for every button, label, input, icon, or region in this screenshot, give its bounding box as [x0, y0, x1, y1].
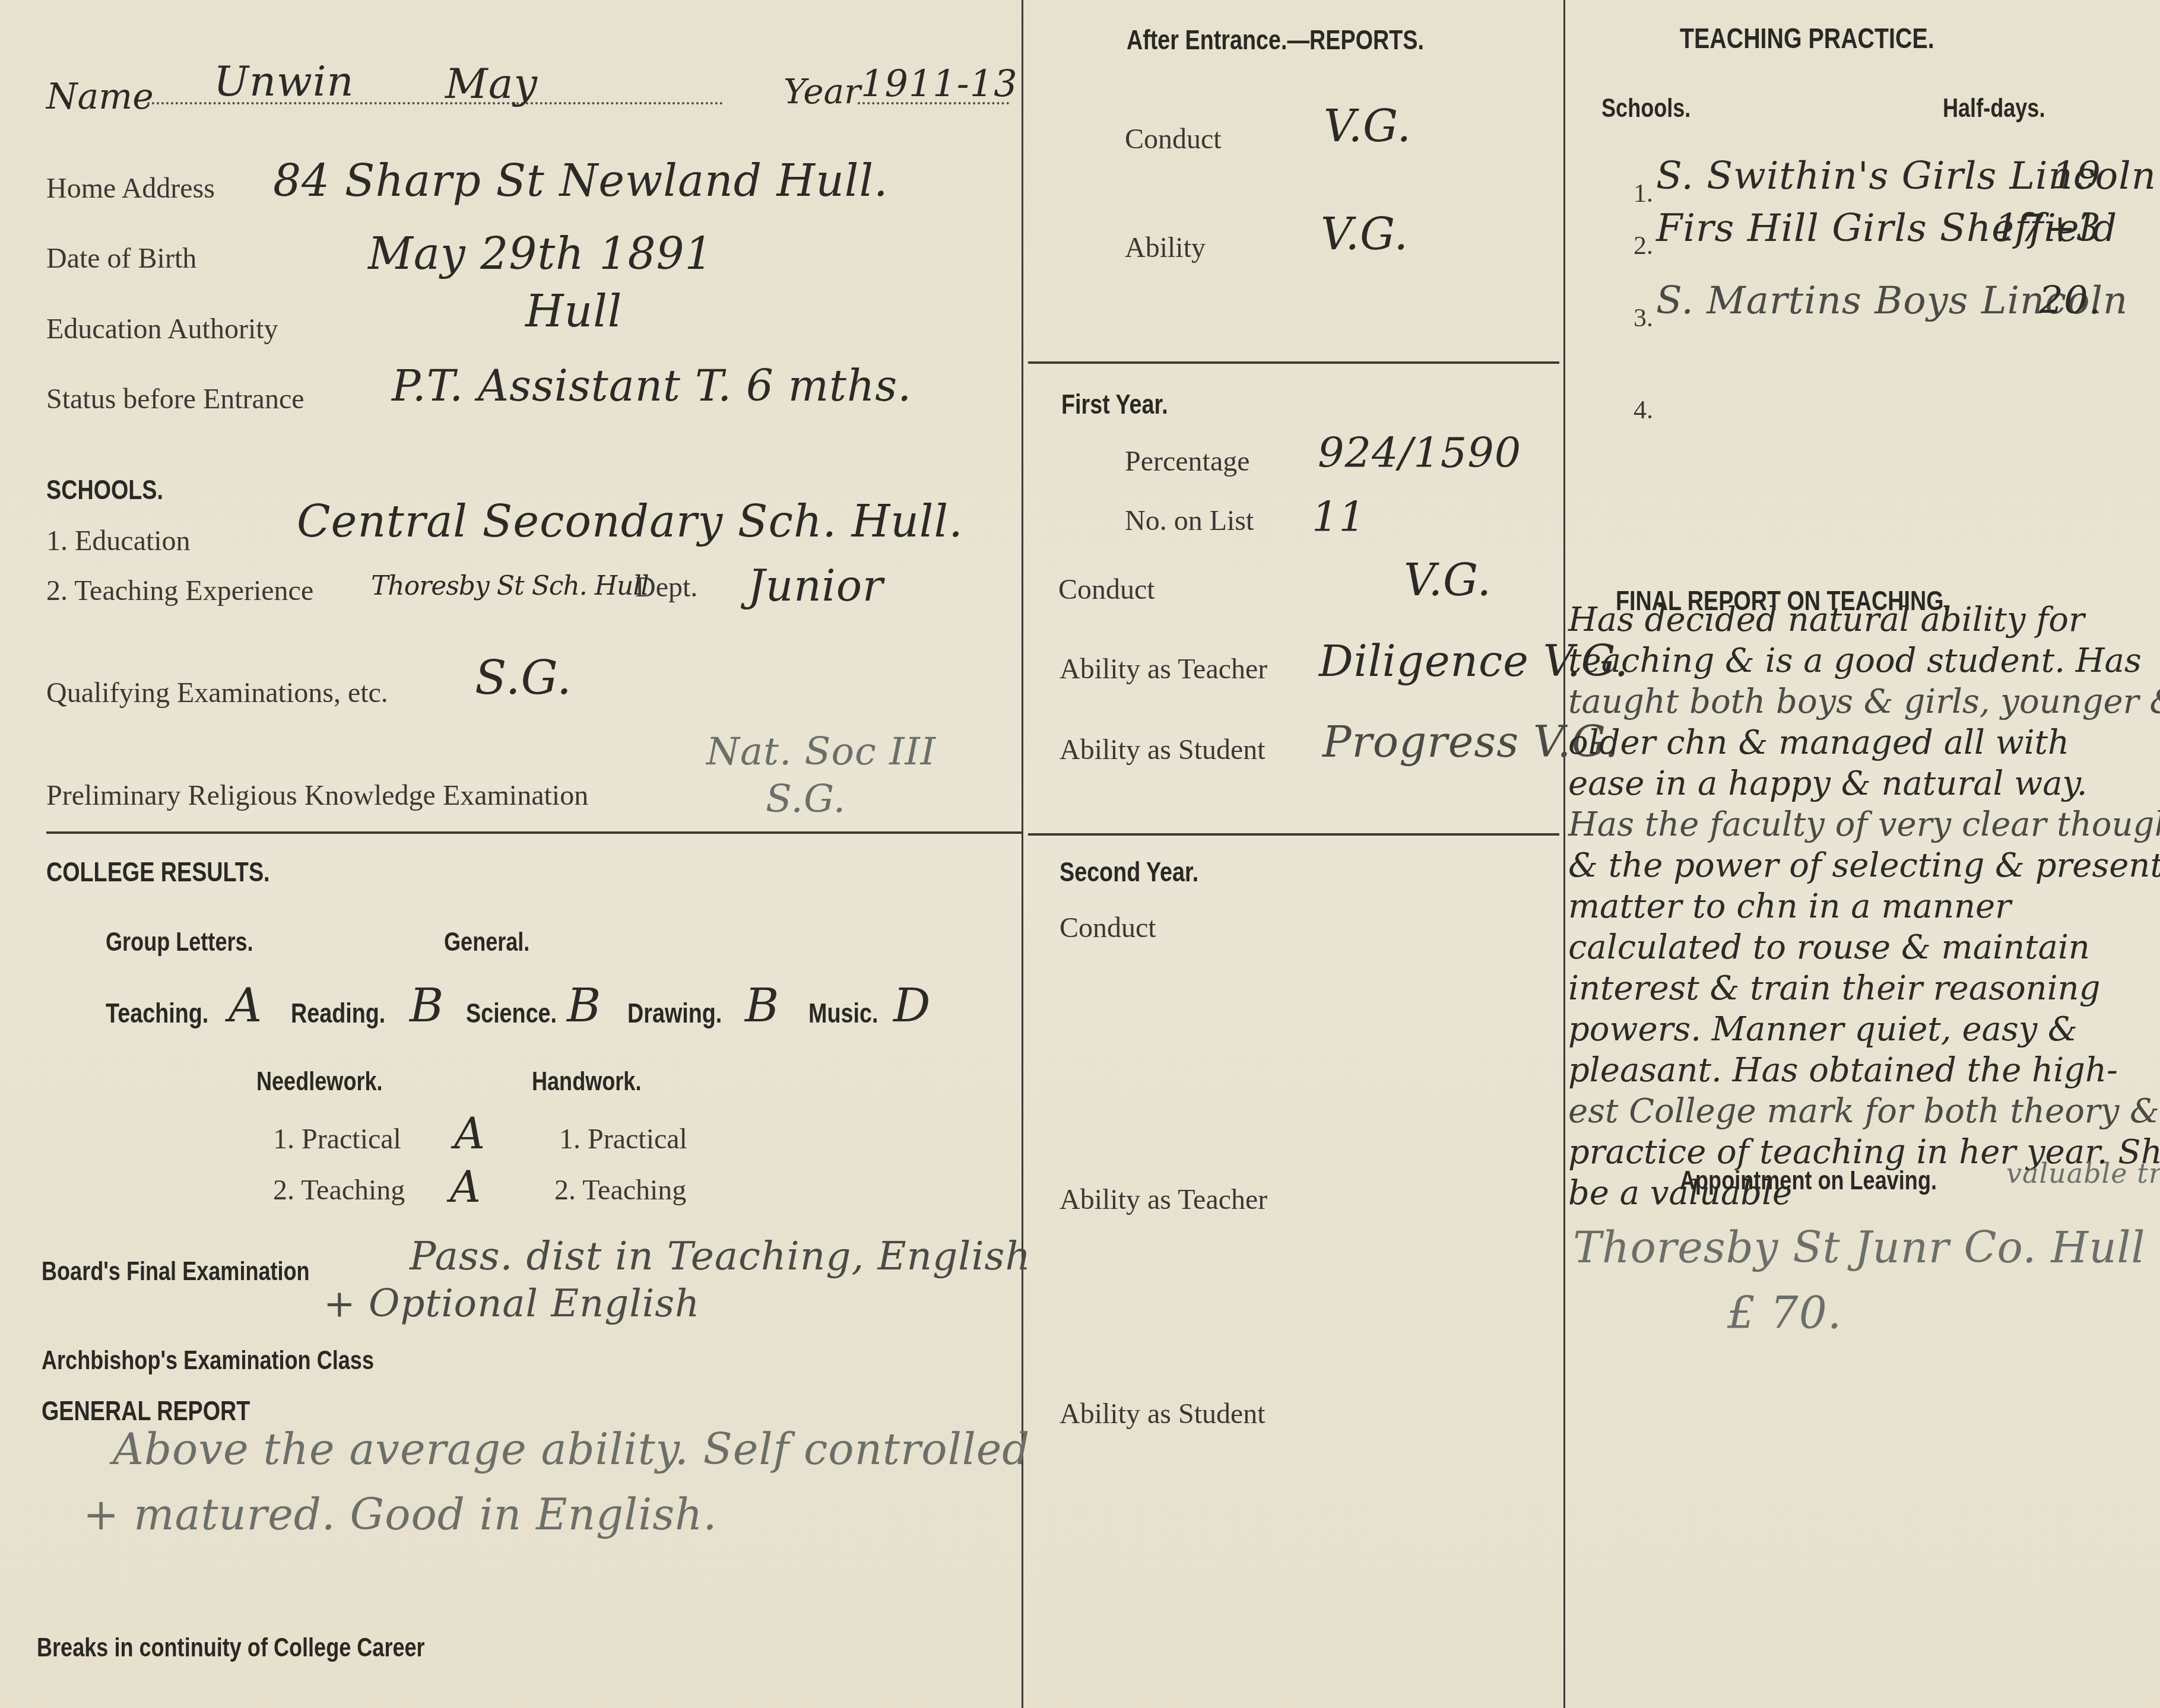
final-report-line: taught both boys & girls, younger & [1568, 681, 2160, 722]
percentage-value: 924/1590 [1318, 428, 1521, 477]
sy-student-label: Ability as Student [1060, 1398, 1265, 1430]
final-report-line: matter to chn in a manner [1568, 886, 2160, 927]
grade-value: B [410, 979, 444, 1033]
salary-value: £ 70. [1727, 1288, 1842, 1339]
qualifying-value: S.G. [475, 652, 572, 705]
final-report-text: Has decided natural ability forteaching … [1568, 599, 2160, 1214]
fy-student-label: Ability as Student [1060, 734, 1265, 766]
final-report-line: calculated to rouse & maintain [1568, 927, 2160, 968]
needlework-practical-label: 1. Practical [273, 1123, 401, 1155]
dob-value: May 29th 1891 [368, 228, 713, 280]
needlework-teaching-value: A [450, 1162, 481, 1212]
general-report-line-2: + matured. Good in English. [83, 1490, 717, 1539]
breaks-label: Breaks in continuity of College Career [37, 1633, 510, 1663]
boards-final-value-1: Pass. dist in Teaching, English [410, 1233, 1031, 1279]
college-results-heading: COLLEGE RESULTS. [46, 856, 319, 888]
grade-label: Reading. [291, 997, 406, 1029]
grade-value: A [229, 979, 262, 1033]
rule-middle-first-year [1028, 361, 1559, 364]
name-surname-value: Unwin [214, 57, 354, 106]
tp-schools-label: Schools. [1601, 94, 1710, 123]
final-report-line: & the power of selecting & presenting [1568, 845, 2160, 886]
dept-value: Junior [748, 561, 883, 611]
education-authority-label: Education Authority [46, 313, 278, 345]
grade-label: Science. [466, 997, 577, 1029]
grade-label: Teaching. [106, 997, 231, 1029]
column-divider-right [1563, 0, 1565, 1708]
practice-number: 3. [1634, 303, 1653, 333]
teaching-experience-label: 2. Teaching Experience [46, 574, 313, 607]
education-value: Central Secondary Sch. Hull. [297, 496, 963, 547]
after-ability-label: Ability [1125, 231, 1206, 264]
general-label: General. [444, 928, 548, 957]
name-label: Name [46, 76, 154, 118]
practice-half-days: 20. [2039, 279, 2101, 323]
home-address-value: 84 Sharp St Newland Hull. [273, 155, 889, 207]
prelim-religious-value-2: S.G. [766, 777, 846, 821]
qualifying-label: Qualifying Examinations, etc. [46, 677, 388, 709]
prelim-religious-label: Preliminary Religious Knowledge Examinat… [46, 779, 588, 812]
final-report-line: Has the faculty of very clear thought [1568, 804, 2160, 845]
practice-number: 4. [1634, 395, 1653, 425]
prelim-religious-value-1: Nat. Soc III [706, 730, 936, 774]
practice-number: 2. [1634, 230, 1653, 261]
grade-label: Drawing. [627, 997, 743, 1029]
fy-conduct-value: V.G. [1404, 555, 1492, 606]
teaching-practice-heading: TEACHING PRACTICE. [1680, 23, 1990, 55]
after-entrance-heading: After Entrance.—REPORTS. [1127, 24, 1489, 56]
status-value: P.T. Assistant T. 6 mths. [392, 361, 912, 411]
name-forename-value: May [445, 59, 538, 108]
sy-conduct-label: Conduct [1060, 912, 1156, 944]
sy-teacher-label: Ability as Teacher [1060, 1183, 1267, 1216]
appointment-value: Thoresby St Junr Co. Hull [1573, 1223, 2146, 1272]
after-ability-value: V.G. [1321, 209, 1409, 260]
archbishop-label: Archbishop's Examination Class [42, 1346, 447, 1376]
appointment-label: Appointment on Leaving. [1680, 1166, 1993, 1196]
grade-value: B [567, 979, 601, 1033]
final-report-line: ease in a happy & natural way. [1568, 763, 2160, 804]
schools-heading: SCHOOLS. [46, 474, 189, 506]
boards-final-label: Board's Final Examination [42, 1257, 369, 1287]
second-year-heading: Second Year. [1060, 856, 1229, 888]
handwork-label: Handwork. [532, 1067, 665, 1097]
percentage-label: Percentage [1125, 445, 1250, 478]
home-address-label: Home Address [46, 172, 215, 205]
final-report-line: pleasant. Has obtained the high- [1568, 1050, 2160, 1091]
year-label: Year [784, 71, 861, 112]
grade-value: D [893, 979, 931, 1033]
final-report-line: teaching & is a good student. Has [1568, 640, 2160, 681]
no-on-list-label: No. on List [1125, 504, 1254, 537]
fy-teacher-label: Ability as Teacher [1060, 653, 1267, 685]
needlework-teaching-label: 2. Teaching [273, 1174, 405, 1207]
handwork-practical-label: 1. Practical [559, 1123, 687, 1155]
general-report-line-1: Above the average ability. Self controll… [113, 1424, 1030, 1474]
needlework-label: Needlework. [256, 1067, 410, 1097]
tp-half-days-label: Half-days. [1943, 94, 2067, 123]
fy-conduct-label: Conduct [1058, 573, 1155, 606]
final-report-line: powers. Manner quiet, easy & [1568, 1009, 2160, 1050]
year-value: 1911-13 [861, 62, 1018, 105]
dept-label: Dept. [635, 571, 697, 604]
final-report-line: older chn & managed all with [1568, 722, 2160, 763]
record-card: Name Unwin May Year 1911-13 Home Address… [0, 0, 2160, 1708]
status-label: Status before Entrance [46, 383, 304, 415]
after-conduct-value: V.G. [1324, 101, 1412, 152]
appointment-suffix: valuable tr. [2006, 1157, 2160, 1189]
first-year-heading: First Year. [1061, 388, 1191, 420]
teaching-experience-value: Thoresby St Sch. Hull [371, 571, 649, 601]
practice-half-days: 19 [2052, 154, 2101, 198]
final-report-line: est College mark for both theory & [1568, 1091, 2160, 1132]
final-report-line: Has decided natural ability for [1568, 599, 2160, 640]
general-report-heading: GENERAL REPORT [42, 1395, 296, 1427]
after-conduct-label: Conduct [1125, 123, 1222, 155]
final-report-line: interest & train their reasoning [1568, 968, 2160, 1009]
practice-number: 1. [1634, 178, 1653, 208]
education-authority-value: Hull [525, 286, 623, 337]
grade-value: B [745, 979, 779, 1033]
rule-left-college-results [46, 831, 1022, 834]
education-label: 1. Education [46, 525, 191, 557]
no-on-list-value: 11 [1312, 493, 1366, 541]
boards-final-value-2: + Optional English [323, 1282, 700, 1326]
dob-label: Date of Birth [46, 242, 196, 275]
handwork-teaching-label: 2. Teaching [554, 1174, 686, 1207]
group-letters-label: Group Letters. [106, 928, 286, 957]
rule-middle-second-year [1028, 833, 1559, 836]
needlework-practical-value: A [454, 1109, 486, 1158]
grade-label: Music. [808, 997, 893, 1029]
practice-half-days: 17+3 [1994, 207, 2101, 250]
